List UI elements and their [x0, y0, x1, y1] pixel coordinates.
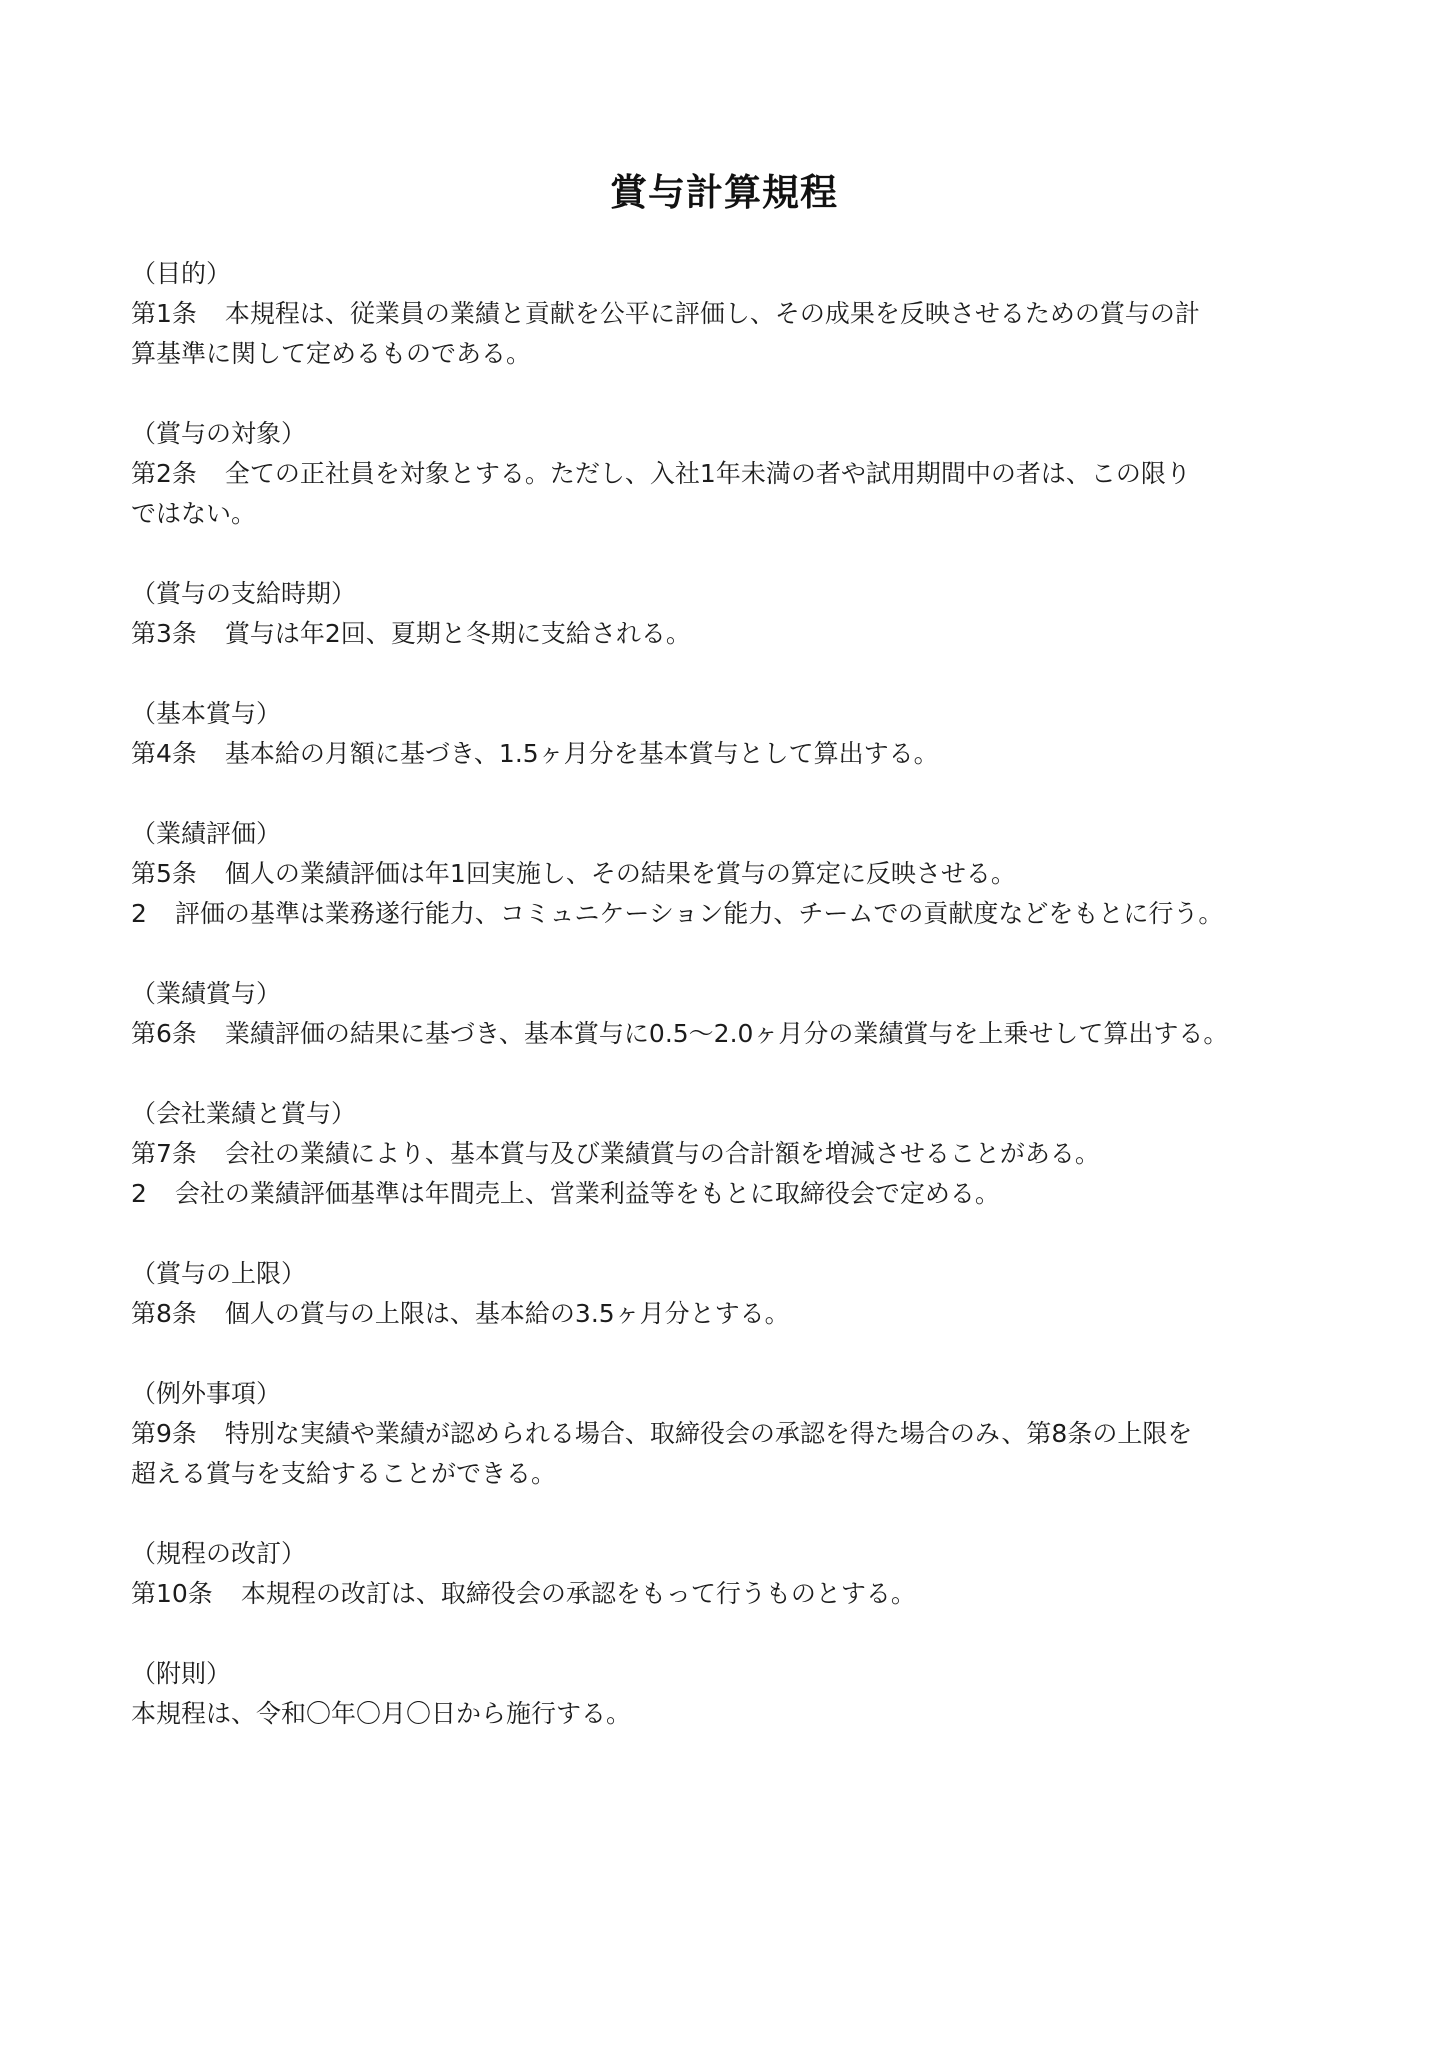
article-text: 超える賞与を支給することができる。 [131, 1459, 556, 1488]
article-text: 本規程は、従業員の業績と貢献を公平に評価し、その成果を反映させるための賞与の計 [225, 299, 1200, 328]
section-performance-bonus: （業績賞与） 第6条業績評価の結果に基づき、基本賞与に0.5～2.0ヶ月分の業績… [131, 974, 1331, 1054]
article-number: 第3条 [131, 614, 197, 654]
article-number: 第4条 [131, 734, 197, 774]
section-exceptions: （例外事項） 第9条特別な実績や業績が認められる場合、取締役会の承認を得た場合の… [131, 1374, 1331, 1494]
article-text: 個人の賞与の上限は、基本給の3.5ヶ月分とする。 [225, 1299, 790, 1328]
article-number: 第7条 [131, 1134, 197, 1174]
article-number: 第1条 [131, 294, 197, 334]
article-text: 特別な実績や業績が認められる場合、取締役会の承認を得た場合のみ、第8条の上限を [225, 1419, 1192, 1448]
document-body: （目的） 第1条本規程は、従業員の業績と貢献を公平に評価し、その成果を反映させる… [131, 254, 1331, 1774]
article-number: 第2条 [131, 454, 197, 494]
document-title: 賞与計算規程 [0, 168, 1448, 218]
article-text: 本規程の改訂は、取締役会の承認をもって行うものとする。 [241, 1579, 916, 1608]
article-number: 第5条 [131, 854, 197, 894]
article-text: 算基準に関して定めるものである。 [131, 339, 531, 368]
section-heading: （賞与の支給時期） [131, 574, 1331, 614]
paragraph-number: 2 [131, 894, 147, 934]
article-line: 第4条基本給の月額に基づき、1.5ヶ月分を基本賞与として算出する。 [131, 734, 1331, 774]
article-line: 2評価の基準は業務遂行能力、コミュニケーション能力、チームでの貢献度などをもとに… [131, 894, 1331, 934]
article-line: 算基準に関して定めるものである。 [131, 334, 1331, 374]
article-line: 第7条会社の業績により、基本賞与及び業績賞与の合計額を増減させることがある。 [131, 1134, 1331, 1174]
section-payment-timing: （賞与の支給時期） 第3条賞与は年2回、夏期と冬期に支給される。 [131, 574, 1331, 654]
article-text: 個人の業績評価は年1回実施し、その結果を賞与の算定に反映させる。 [225, 859, 1016, 888]
document-page: 賞与計算規程 （目的） 第1条本規程は、従業員の業績と貢献を公平に評価し、その成… [0, 0, 1448, 2048]
article-text: 会社の業績により、基本賞与及び業績賞与の合計額を増減させることがある。 [225, 1139, 1100, 1168]
article-line: 第1条本規程は、従業員の業績と貢献を公平に評価し、その成果を反映させるための賞与… [131, 294, 1331, 334]
article-line: 第2条全ての正社員を対象とする。ただし、入社1年未満の者や試用期間中の者は、この… [131, 454, 1331, 494]
paragraph-number: 2 [131, 1174, 147, 1214]
article-text: 基本給の月額に基づき、1.5ヶ月分を基本賞与として算出する。 [225, 739, 939, 768]
article-number: 第10条 [131, 1574, 213, 1614]
article-text: 業績評価の結果に基づき、基本賞与に0.5～2.0ヶ月分の業績賞与を上乗せして算出… [225, 1019, 1229, 1048]
article-line: 2会社の業績評価基準は年間売上、営業利益等をもとに取締役会で定める。 [131, 1174, 1331, 1214]
article-line: 第9条特別な実績や業績が認められる場合、取締役会の承認を得た場合のみ、第8条の上… [131, 1414, 1331, 1454]
section-supplementary: （附則） 本規程は、令和〇年〇月〇日から施行する。 [131, 1654, 1331, 1734]
section-heading: （基本賞与） [131, 694, 1331, 734]
section-heading: （目的） [131, 254, 1331, 294]
article-line: 超える賞与を支給することができる。 [131, 1454, 1331, 1494]
section-heading: （業績賞与） [131, 974, 1331, 1014]
article-line: 第3条賞与は年2回、夏期と冬期に支給される。 [131, 614, 1331, 654]
section-target: （賞与の対象） 第2条全ての正社員を対象とする。ただし、入社1年未満の者や試用期… [131, 414, 1331, 534]
article-text: 全ての正社員を対象とする。ただし、入社1年未満の者や試用期間中の者は、この限り [225, 459, 1191, 488]
article-line: 第6条業績評価の結果に基づき、基本賞与に0.5～2.0ヶ月分の業績賞与を上乗せし… [131, 1014, 1331, 1054]
article-number: 第9条 [131, 1414, 197, 1454]
article-text: 賞与は年2回、夏期と冬期に支給される。 [225, 619, 691, 648]
section-heading: （会社業績と賞与） [131, 1094, 1331, 1134]
section-heading: （例外事項） [131, 1374, 1331, 1414]
article-text: 評価の基準は業務遂行能力、コミュニケーション能力、チームでの貢献度などをもとに行… [175, 899, 1224, 928]
article-text: 本規程は、令和〇年〇月〇日から施行する。 [131, 1699, 631, 1728]
section-purpose: （目的） 第1条本規程は、従業員の業績と貢献を公平に評価し、その成果を反映させる… [131, 254, 1331, 374]
article-text: 会社の業績評価基準は年間売上、営業利益等をもとに取締役会で定める。 [175, 1179, 1000, 1208]
article-number: 第8条 [131, 1294, 197, 1334]
article-number: 第6条 [131, 1014, 197, 1054]
section-heading: （規程の改訂） [131, 1534, 1331, 1574]
section-revision: （規程の改訂） 第10条本規程の改訂は、取締役会の承認をもって行うものとする。 [131, 1534, 1331, 1614]
article-line: ではない。 [131, 494, 1331, 534]
section-heading: （賞与の上限） [131, 1254, 1331, 1294]
article-line: 本規程は、令和〇年〇月〇日から施行する。 [131, 1694, 1331, 1734]
article-text: ではない。 [131, 499, 256, 528]
section-heading: （附則） [131, 1654, 1331, 1694]
section-heading: （賞与の対象） [131, 414, 1331, 454]
section-performance-evaluation: （業績評価） 第5条個人の業績評価は年1回実施し、その結果を賞与の算定に反映させ… [131, 814, 1331, 934]
section-bonus-cap: （賞与の上限） 第8条個人の賞与の上限は、基本給の3.5ヶ月分とする。 [131, 1254, 1331, 1334]
section-company-performance: （会社業績と賞与） 第7条会社の業績により、基本賞与及び業績賞与の合計額を増減さ… [131, 1094, 1331, 1214]
article-line: 第10条本規程の改訂は、取締役会の承認をもって行うものとする。 [131, 1574, 1331, 1614]
section-basic-bonus: （基本賞与） 第4条基本給の月額に基づき、1.5ヶ月分を基本賞与として算出する。 [131, 694, 1331, 774]
section-heading: （業績評価） [131, 814, 1331, 854]
article-line: 第5条個人の業績評価は年1回実施し、その結果を賞与の算定に反映させる。 [131, 854, 1331, 894]
article-line: 第8条個人の賞与の上限は、基本給の3.5ヶ月分とする。 [131, 1294, 1331, 1334]
